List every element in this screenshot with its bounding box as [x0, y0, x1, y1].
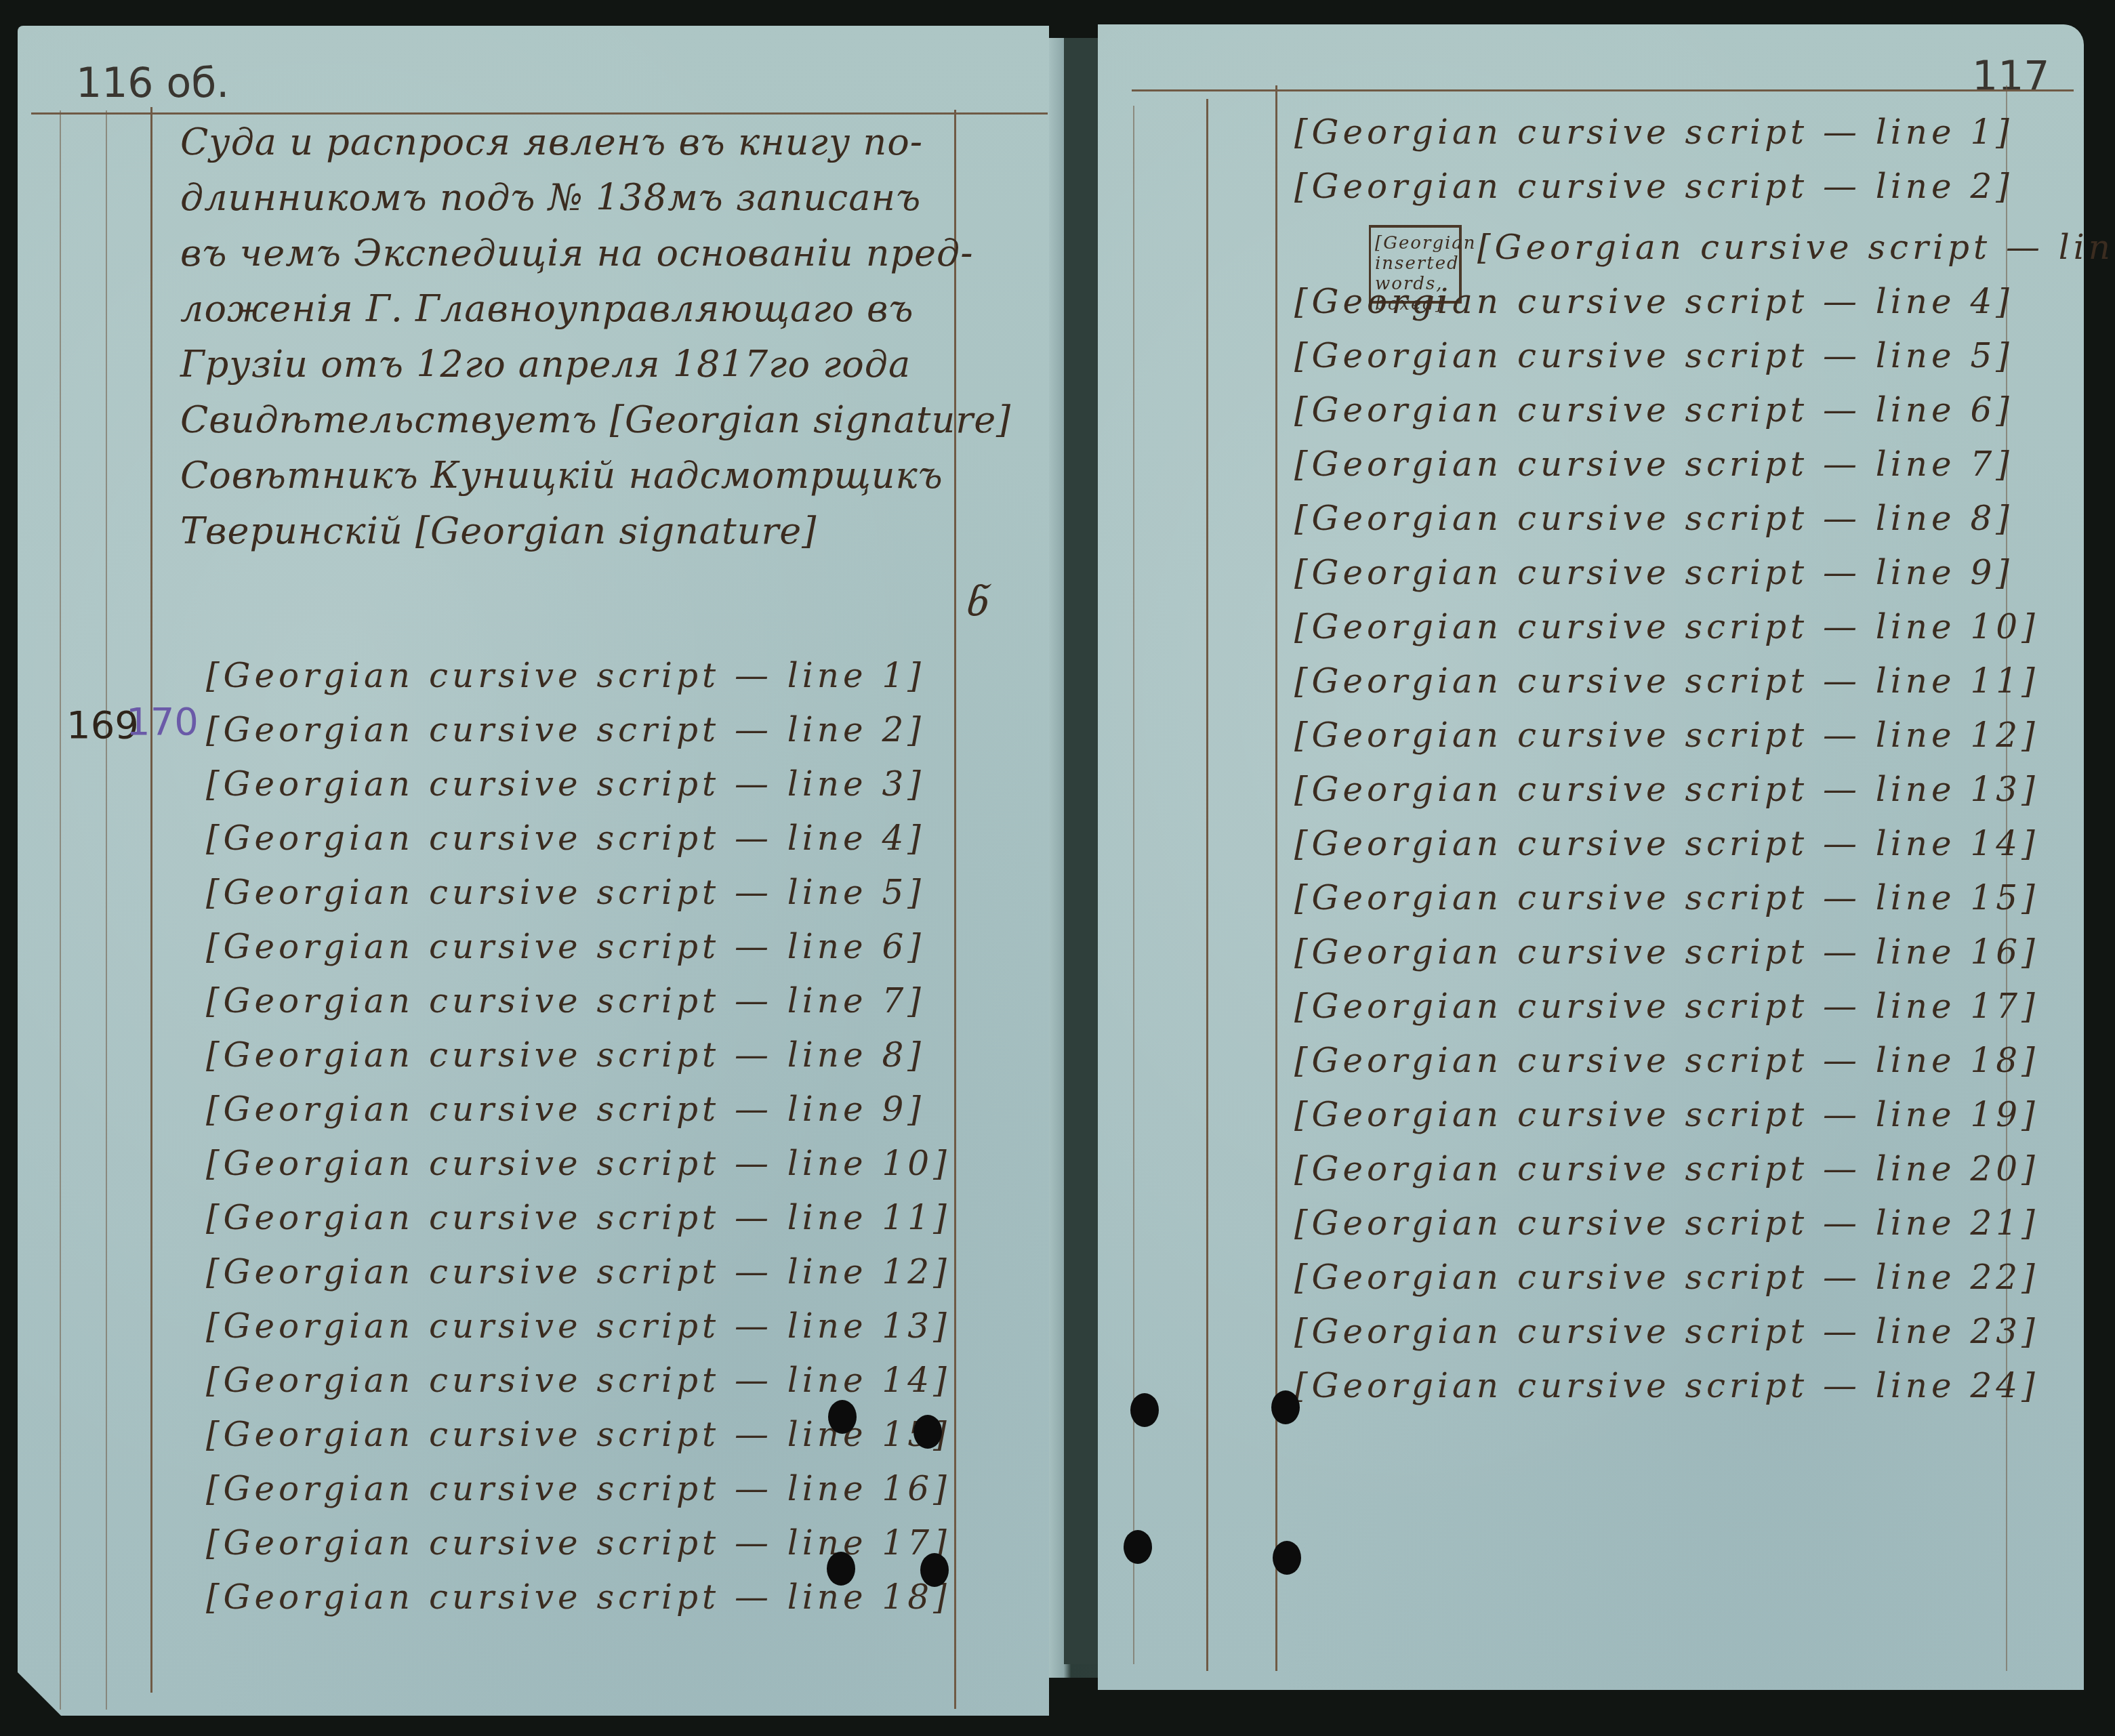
margin-rule-1 [60, 110, 61, 1710]
georgian-line: [Georgian cursive script — line 10] [1294, 607, 2039, 646]
book-spine-shadow [1064, 38, 1099, 1664]
georgian-line: [Georgian cursive script — line 21] [1294, 1203, 2039, 1243]
russian-line: Тверинскій [Georgian signature] [180, 510, 817, 552]
folio-number-left: 116 об. [76, 60, 229, 107]
russian-line: Грузіи отъ 12го апреля 1817го года [180, 343, 911, 386]
russian-line: Свидѣтельствуетъ [Georgian signature] [180, 398, 1011, 441]
binding-hole [828, 1400, 857, 1434]
russian-line: длинникомъ подъ № 138мъ записанъ [180, 176, 921, 219]
left-page-folio-116v: 116 об. Суда и распрося явленъ въ книгу … [18, 26, 1049, 1716]
georgian-line: [Georgian cursive script — line 1] [206, 656, 925, 695]
binding-hole [1130, 1393, 1159, 1427]
georgian-line: [Georgian cursive script — line 1] [1294, 112, 2013, 152]
right-page-folio-117: 117 [Georgian inserted words, boxed] [Ge… [1098, 24, 2084, 1690]
header-rule [31, 112, 1048, 115]
georgian-line: [Georgian cursive script — line 13] [206, 1306, 951, 1346]
georgian-line: [Georgian cursive script — line 9] [206, 1090, 925, 1129]
georgian-line: [Georgian cursive script — line 3] [206, 764, 925, 804]
georgian-line: [Georgian cursive script — line 9] [1294, 553, 2013, 592]
georgian-line: [Georgian cursive script — line 18] [1294, 1041, 2039, 1080]
right-margin-rule [954, 110, 956, 1709]
georgian-line: [Georgian cursive script — line 14] [1294, 824, 2039, 863]
georgian-line: [Georgian cursive script — line 6] [206, 927, 925, 966]
georgian-line: [Georgian cursive script — line 10] [206, 1144, 951, 1183]
margin-rule-2 [106, 110, 107, 1710]
georgian-line: [Georgian cursive script — line 20] [1294, 1149, 2039, 1189]
georgian-line: [Georgian cursive script — line 7] [1294, 445, 2013, 484]
georgian-line: [Georgian cursive script — line 17] [1294, 987, 2039, 1026]
georgian-line: [Georgian cursive script — line 5] [206, 873, 925, 912]
georgian-line: [Georgian cursive script — line 14] [206, 1361, 951, 1400]
georgian-line: [Georgian cursive script — line 12] [206, 1252, 951, 1291]
georgian-line: [Georgian cursive script — line 19] [1294, 1095, 2039, 1134]
georgian-line: [Georgian cursive script — line 4] [206, 819, 925, 858]
georgian-line: [Georgian cursive script — line 4] [1294, 282, 2013, 321]
georgian-line: [Georgian cursive script — line 2] [206, 710, 925, 749]
georgian-line: [Georgian cursive script — line 11] [206, 1198, 951, 1237]
georgian-line: [Georgian cursive script — line 7] [206, 981, 925, 1020]
georgian-line: [Georgian cursive script — line 23] [1294, 1312, 2039, 1351]
georgian-line: [Georgian cursive script — line 8] [1294, 499, 2013, 538]
georgian-line: [Georgian cursive script — line 15] [1294, 878, 2039, 917]
russian-line: ложенія Г. Главноуправляющаго въ [180, 287, 914, 330]
margin-rule-3 [1275, 85, 1277, 1671]
marginal-mark: ნ [966, 581, 989, 625]
georgian-line: [Georgian cursive script — line 6] [1294, 390, 2013, 430]
georgian-line: [Georgian cursive script — line 24] [1294, 1366, 2039, 1405]
binding-hole [913, 1415, 942, 1449]
marginal-number-new: 170 [126, 700, 199, 744]
russian-line: Совѣтникъ Куницкій надсмотрщикъ [180, 454, 943, 497]
margin-rule-1 [1133, 106, 1134, 1664]
georgian-line: [Georgian cursive script — line 8] [206, 1035, 925, 1075]
binding-hole [1124, 1530, 1152, 1564]
binding-hole [920, 1553, 949, 1587]
folio-number-right: 117 [1972, 53, 2050, 100]
margin-rule-3 [150, 107, 152, 1693]
georgian-line: [Georgian cursive script — line 3] [1477, 228, 2115, 267]
georgian-line: [Georgian cursive script — line 16] [206, 1469, 951, 1508]
russian-line: въ чемъ Экспедиція на основаніи пред- [180, 232, 973, 274]
margin-rule-2 [1206, 99, 1208, 1671]
russian-line: Суда и распрося явленъ въ книгу по- [180, 121, 923, 163]
binding-hole [1273, 1541, 1301, 1575]
georgian-line: [Georgian cursive script — line 22] [1294, 1258, 2039, 1297]
georgian-line: [Georgian cursive script — line 11] [1294, 661, 2039, 701]
georgian-line: [Georgian cursive script — line 16] [1294, 932, 2039, 972]
georgian-line: [Georgian cursive script — line 12] [1294, 716, 2039, 755]
georgian-line: [Georgian cursive script — line 13] [1294, 770, 2039, 809]
binding-hole [1271, 1390, 1300, 1424]
header-rule [1132, 89, 2074, 91]
georgian-line: [Georgian cursive script — line 2] [1294, 167, 2013, 206]
georgian-line: [Georgian cursive script — line 5] [1294, 336, 2013, 375]
binding-hole [827, 1552, 855, 1586]
